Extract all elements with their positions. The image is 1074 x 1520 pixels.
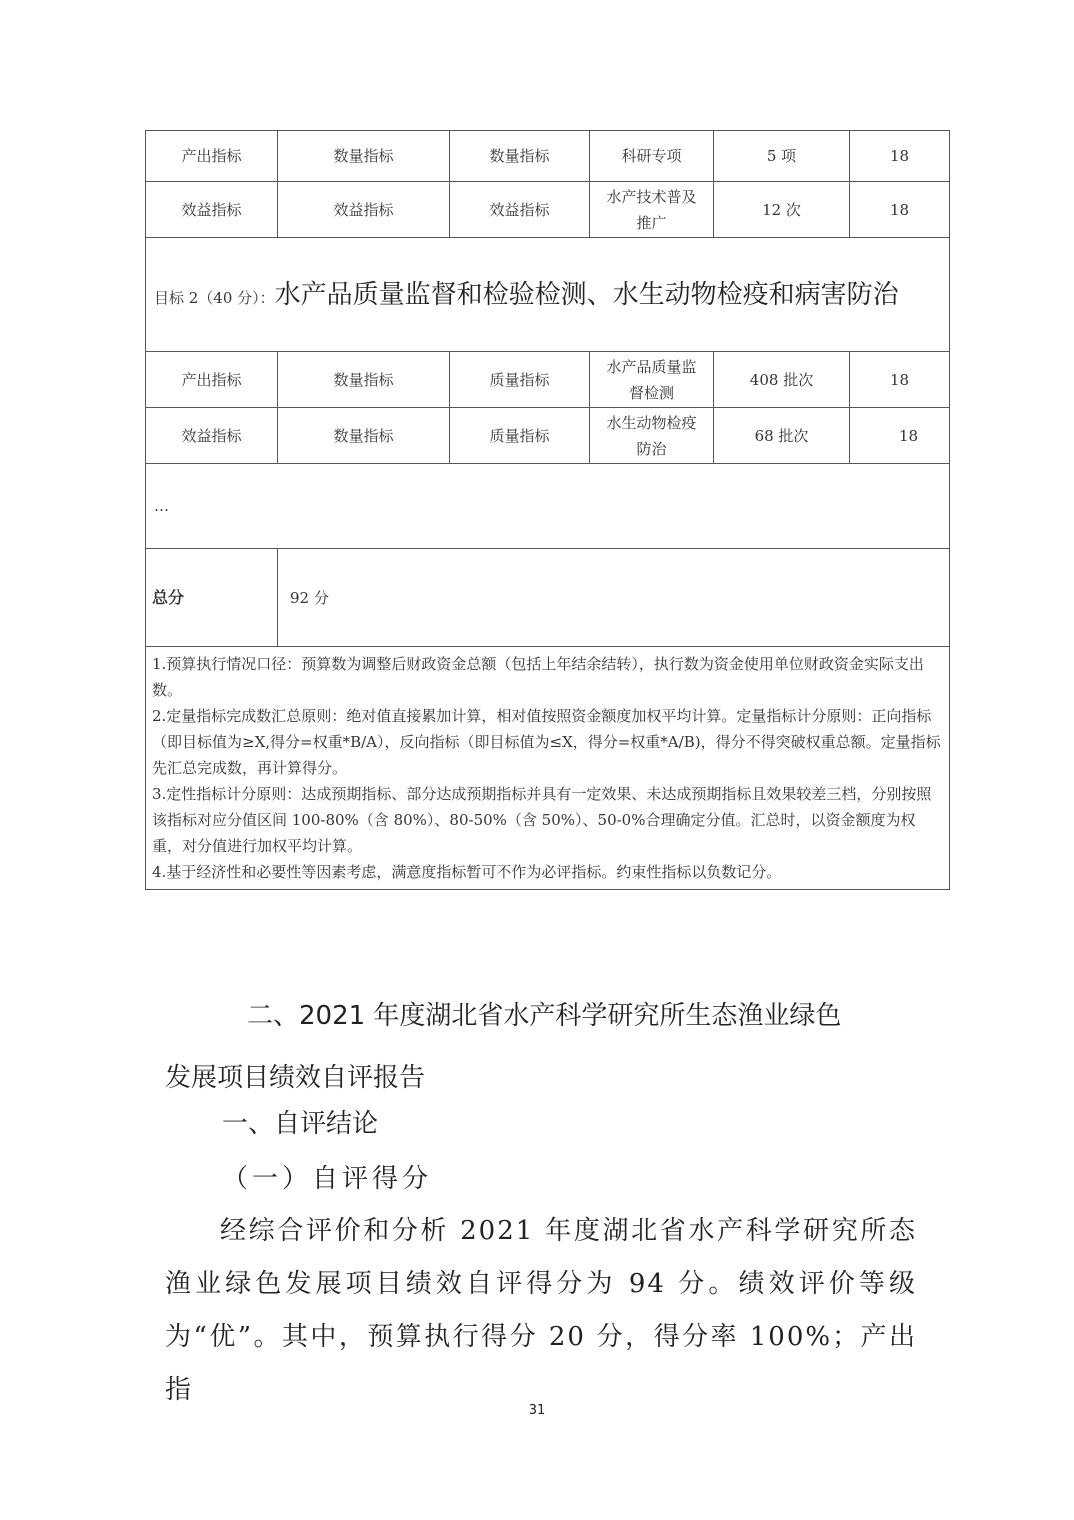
goal-2-text: 水产品质量监督和检验检测、水生动物检疫和病害防治 bbox=[275, 280, 899, 310]
indicator-level1: 效益指标 bbox=[146, 408, 278, 464]
section-title-line2: 发展项目绩效自评报告 bbox=[165, 1063, 425, 1093]
total-value: 92 分 bbox=[278, 549, 950, 647]
indicator-level3: 数量指标 bbox=[450, 131, 590, 182]
notes-cell: 1.预算执行情况口径：预算数为调整后财政资金总额（包括上年结余结转），执行数为资… bbox=[146, 647, 950, 890]
table-row: 效益指标 数量指标 质量指标 水生动物检疫防治 68 批次 18 bbox=[146, 408, 950, 464]
indicator-level2: 效益指标 bbox=[278, 182, 450, 238]
ellipsis-row: … bbox=[146, 464, 950, 549]
indicator-name: 水生动物检疫防治 bbox=[590, 408, 714, 464]
indicator-value: 12 次 bbox=[714, 182, 850, 238]
indicator-name: 科研专项 bbox=[590, 131, 714, 182]
indicator-score: 18 bbox=[850, 131, 950, 182]
note-4: 4.基于经济性和必要性等因素考虑，满意度指标暂可不作为必评指标。约束性指标以负数… bbox=[152, 859, 943, 885]
table-row: 产出指标 数量指标 质量指标 水产品质量监督检测 408 批次 18 bbox=[146, 352, 950, 408]
indicator-value: 408 批次 bbox=[714, 352, 850, 408]
body-paragraph: 经综合评价和分析 2021 年度湖北省水产科学研究所态渔业绿色发展项目绩效自评得… bbox=[165, 1205, 917, 1417]
table-row: 产出指标 数量指标 数量指标 科研专项 5 项 18 bbox=[146, 131, 950, 182]
indicator-level2: 数量指标 bbox=[278, 408, 450, 464]
goal-2-prefix: 目标 2（40 分）： bbox=[154, 289, 275, 307]
heading-score: （一）自评得分 bbox=[222, 1158, 432, 1195]
indicator-name: 水产技术普及推广 bbox=[590, 182, 714, 238]
notes-row: 1.预算执行情况口径：预算数为调整后财政资金总额（包括上年结余结转），执行数为资… bbox=[146, 647, 950, 890]
indicator-name: 水产品质量监督检测 bbox=[590, 352, 714, 408]
indicator-level3: 质量指标 bbox=[450, 352, 590, 408]
indicator-score: 18 bbox=[850, 352, 950, 408]
goal-2-cell: 目标 2（40 分）：水产品质量监督和检验检测、水生动物检疫和病害防治 bbox=[146, 238, 950, 352]
total-label: 总分 bbox=[146, 549, 278, 647]
indicator-level1: 产出指标 bbox=[146, 352, 278, 408]
indicator-value: 68 批次 bbox=[714, 408, 850, 464]
document-page: 产出指标 数量指标 数量指标 科研专项 5 项 18 效益指标 效益指标 效益指… bbox=[0, 0, 1074, 1520]
ellipsis-cell: … bbox=[146, 464, 950, 549]
total-row: 总分 92 分 bbox=[146, 549, 950, 647]
indicator-level3: 质量指标 bbox=[450, 408, 590, 464]
performance-indicator-table: 产出指标 数量指标 数量指标 科研专项 5 项 18 效益指标 效益指标 效益指… bbox=[145, 130, 950, 890]
indicator-level1: 产出指标 bbox=[146, 131, 278, 182]
indicator-score: 18 bbox=[850, 182, 950, 238]
goal-2-row: 目标 2（40 分）：水产品质量监督和检验检测、水生动物检疫和病害防治 bbox=[146, 238, 950, 352]
page-number: 31 bbox=[0, 1403, 1074, 1418]
indicator-level2: 数量指标 bbox=[278, 131, 450, 182]
section-title: 二、2021 年度湖北省水产科学研究所生态渔业绿色 发展项目绩效自评报告 bbox=[165, 985, 925, 1109]
paragraph-text: 经综合评价和分析 2021 年度湖北省水产科学研究所态渔业绿色发展项目绩效自评得… bbox=[165, 1216, 917, 1405]
indicator-value: 5 项 bbox=[714, 131, 850, 182]
note-3: 3.定性指标计分原则：达成预期指标、部分达成预期指标并具有一定效果、未达成预期指… bbox=[152, 781, 943, 859]
note-1: 1.预算执行情况口径：预算数为调整后财政资金总额（包括上年结余结转），执行数为资… bbox=[152, 651, 943, 703]
note-2: 2.定量指标完成数汇总原则：绝对值直接累加计算，相对值按照资金额度加权平均计算。… bbox=[152, 703, 943, 781]
indicator-score: 18 bbox=[850, 408, 950, 464]
indicator-level1: 效益指标 bbox=[146, 182, 278, 238]
section-title-line1: 二、2021 年度湖北省水产科学研究所生态渔业绿色 bbox=[165, 985, 925, 1047]
indicator-level3: 效益指标 bbox=[450, 182, 590, 238]
heading-conclusion: 一、自评结论 bbox=[222, 1103, 378, 1140]
table-row: 效益指标 效益指标 效益指标 水产技术普及推广 12 次 18 bbox=[146, 182, 950, 238]
indicator-level2: 数量指标 bbox=[278, 352, 450, 408]
